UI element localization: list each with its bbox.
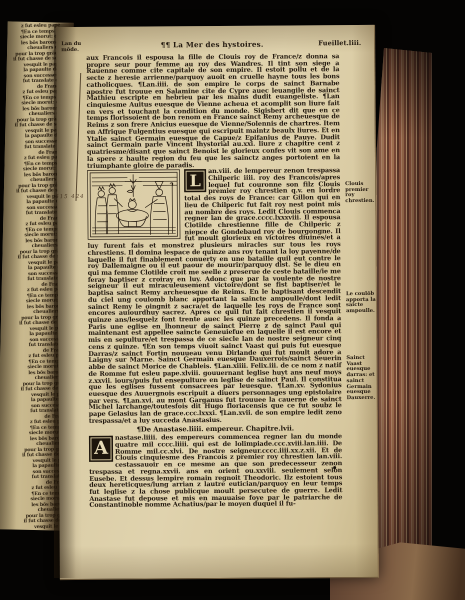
- book-fore-edge: [372, 48, 432, 550]
- margin-note-ampoule: Le coulōb apporta la saicte ampoulle.: [346, 292, 379, 315]
- running-title: ¶¶ La Mer des hystoires.: [86, 39, 338, 50]
- margin-note-clovis: Clouis premier roy chrestien.: [345, 182, 378, 205]
- decorated-initial-L: L: [184, 169, 206, 192]
- paragraph-theodoric: aux Francois il espousa la fille de Clou…: [86, 53, 340, 169]
- pen-mark: [75, 73, 81, 201]
- paragraph-clovis: L an.viii. de lempereur zenon trespassa …: [87, 167, 342, 424]
- handwritten-numbers: 515 424: [55, 194, 89, 200]
- margin-note-saints: Sainct Vaast euesque darras: et sainct G…: [346, 356, 379, 402]
- woodcut-frame: [87, 169, 180, 240]
- paragraph-anastasius-text: nastase.liiii. des empereurs commencea r…: [89, 432, 342, 509]
- baptism-of-clovis-woodcut-icon: [87, 169, 180, 240]
- book-photo: z fut esleu pape¶En ce temps lesiecle mo…: [0, 0, 465, 600]
- paragraph-anastasius: A nastase.liiii. des empereurs commencea…: [89, 433, 343, 509]
- folio-number: Fueillet.liii.: [318, 39, 378, 47]
- decorated-initial-A: A: [89, 436, 113, 462]
- book-page: Lan du mōde. ¶¶ La Mer des hystoires. Fu…: [56, 25, 379, 580]
- main-text-column: aux Francois il espousa la fille de Clou…: [86, 53, 342, 509]
- margin-note-age-of-world: Lan du mōde.: [61, 42, 88, 54]
